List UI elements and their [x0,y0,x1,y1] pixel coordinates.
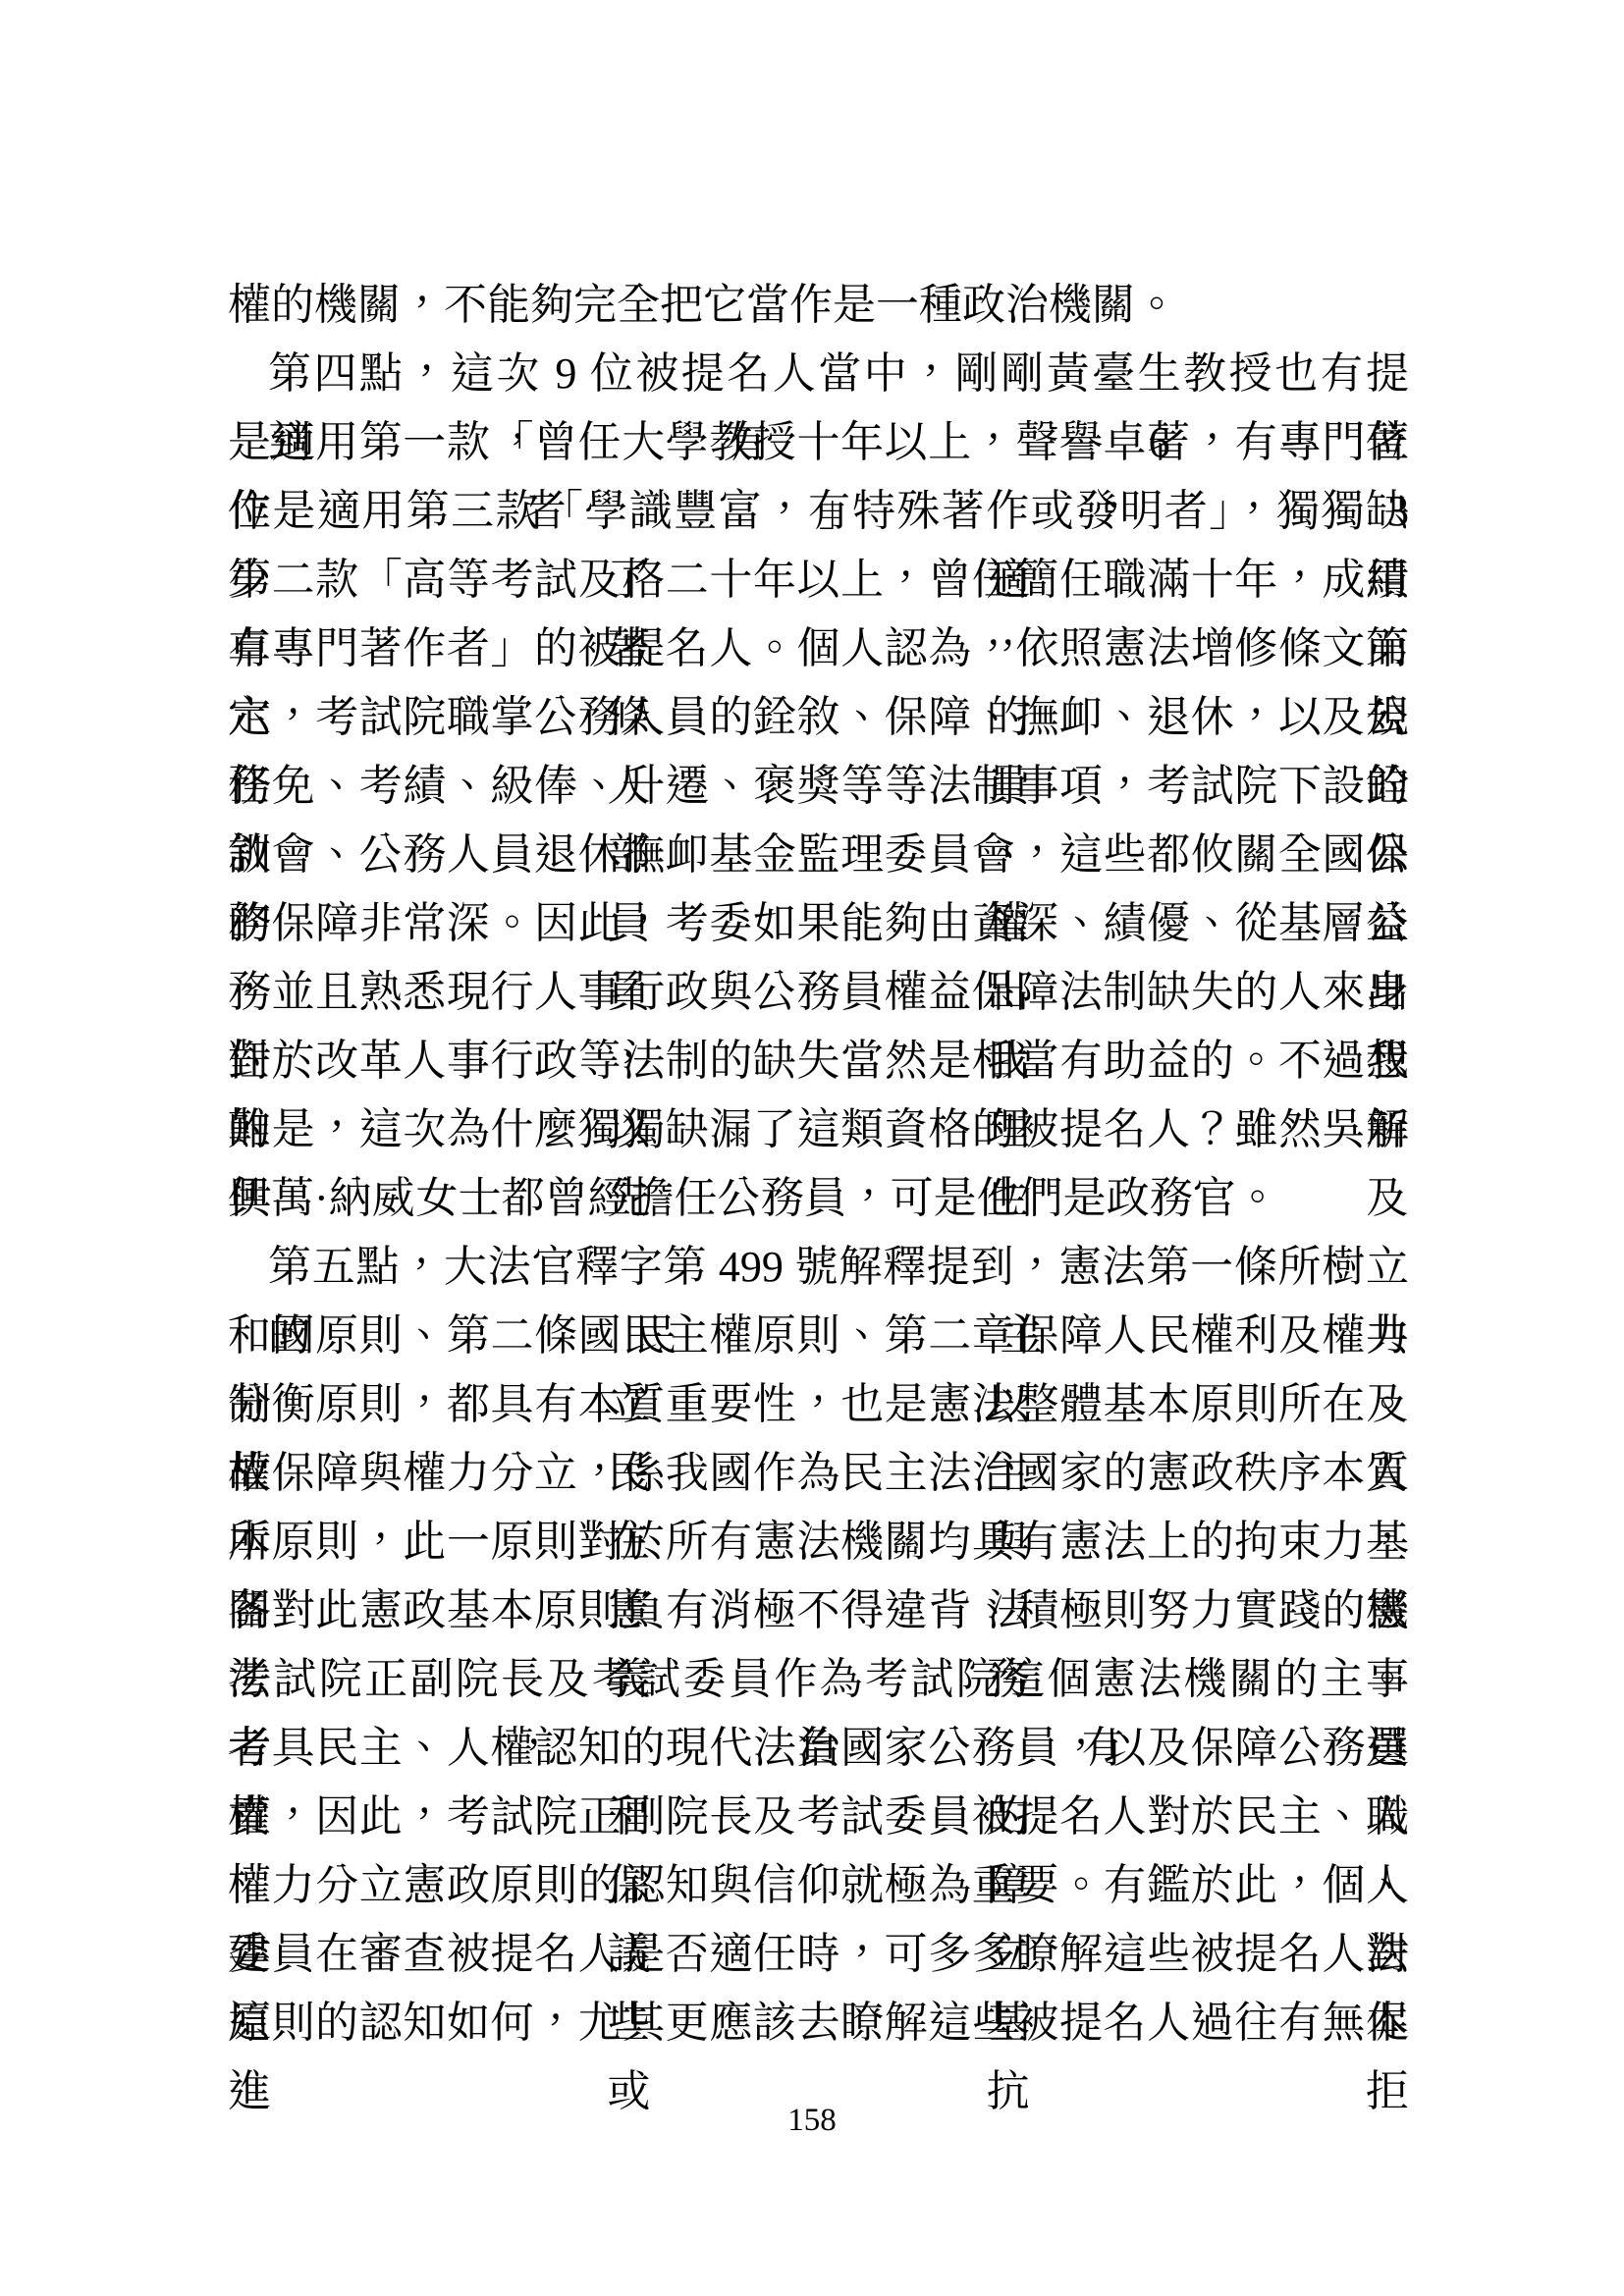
text-line: 原則的認知如何，尤其更應該去瞭解這些被提名人過往有無促進或抗拒 [228,1989,1409,2057]
text-line: 的保障非常深。因此，考委如果能夠由資深、績優、從基層公務員出身 [228,889,1409,958]
text-line: 考具民主、人權認知的現代法治國家公務員，以及保障公務員權利的職 [228,1714,1409,1783]
text-line: 任免、考績、級俸、升遷、褒獎等等法制事項，考試院下設銓敘部、保 [228,752,1409,821]
text-line: 是適用第一款「曾任大學教授十年以上，聲譽卓著，有專門著作者」，3 [228,408,1409,477]
text-line: 有專門著作者」的被提名人。個人認為，依照憲法增修條文第六條的規 [228,614,1409,683]
text-line: 對於改革人事行政等法制的缺失當然是相當有助益的。不過我難以理解 [228,1027,1409,1095]
text-line: 第五點，大法官釋字第 499 號解釋提到，憲法第一條所樹立的民主共 [228,1233,1409,1302]
text-line: 權保障與權力分立，係我國作為民主法治國家的憲政秩序本質所在與基 [228,1439,1409,1508]
text-line: 關對此憲政基本原則負有消極不得違背、積極則努力實踐的憲法義務。 [228,1576,1409,1645]
text-line: 責，因此，考試院正副院長及考試委員被提名人對於民主、人權保障、 [228,1783,1409,1851]
body-text: 權的機關，不能夠完全把它當作是一種政治機關。第四點，這次 9 位被提名人當中，剛… [228,271,1409,2057]
text-line: ，並且熟悉現行人事行政與公務員權益保障法制缺失的人來出任，我想 [228,958,1409,1027]
text-line: 第四點，這次 9 位被提名人當中，剛剛黃臺生教授也有提到，有 6 位 [228,340,1409,408]
text-line: 權的機關，不能夠完全把它當作是一種政治機關。 [228,271,1409,340]
text-line: 和國原則、第二條國民主權原則、第二章保障人民權利及權力分立以及 [228,1302,1409,1370]
text-line: 伊萬·納威女士都曾經擔任公務員，可是他們是政務官。 [228,1164,1409,1233]
page-number: 158 [0,2101,1624,2140]
text-line: 訓會、公務人員退休撫卹基金監理委員會，這些都攸關全國公務員權益 [228,821,1409,889]
text-line: 位是適用第三款「學識豐富，有特殊著作或發明者」，獨獨缺少了適用 [228,477,1409,546]
text-line: 定，考試院職掌公務人員的銓敘、保障、撫卹、退休，以及公務人員的 [228,683,1409,752]
text-line: 第二款「高等考試及格二十年以上，曾任簡任職滿十年，成績卓著，而 [228,546,1409,614]
text-line: 委員在審查被提名人是否適任時，可多多瞭解這些被提名人對這些基本 [228,1920,1409,1989]
document-page: 權的機關，不能夠完全把它當作是一種政治機關。第四點，這次 9 位被提名人當中，剛… [0,0,1624,2296]
text-line: 權力分立憲政原則的認知與信仰就極為重要。有鑑於此，個人建議立法 [228,1851,1409,1920]
text-line: 制衡原則，都具有本質重要性，也是憲法整體基本原則所在。故民主人 [228,1370,1409,1439]
text-line: 的是，這次為什麼獨獨缺漏了這類資格的被提名人？雖然吳新興先生及 [228,1095,1409,1164]
text-line: 考試院正副院長及考試委員作為考試院這個憲法機關的主事者，負有選 [228,1645,1409,1714]
text-line: 本原則，此一原則對於所有憲法機關均具有憲法上的拘束力，各憲法機 [228,1508,1409,1576]
